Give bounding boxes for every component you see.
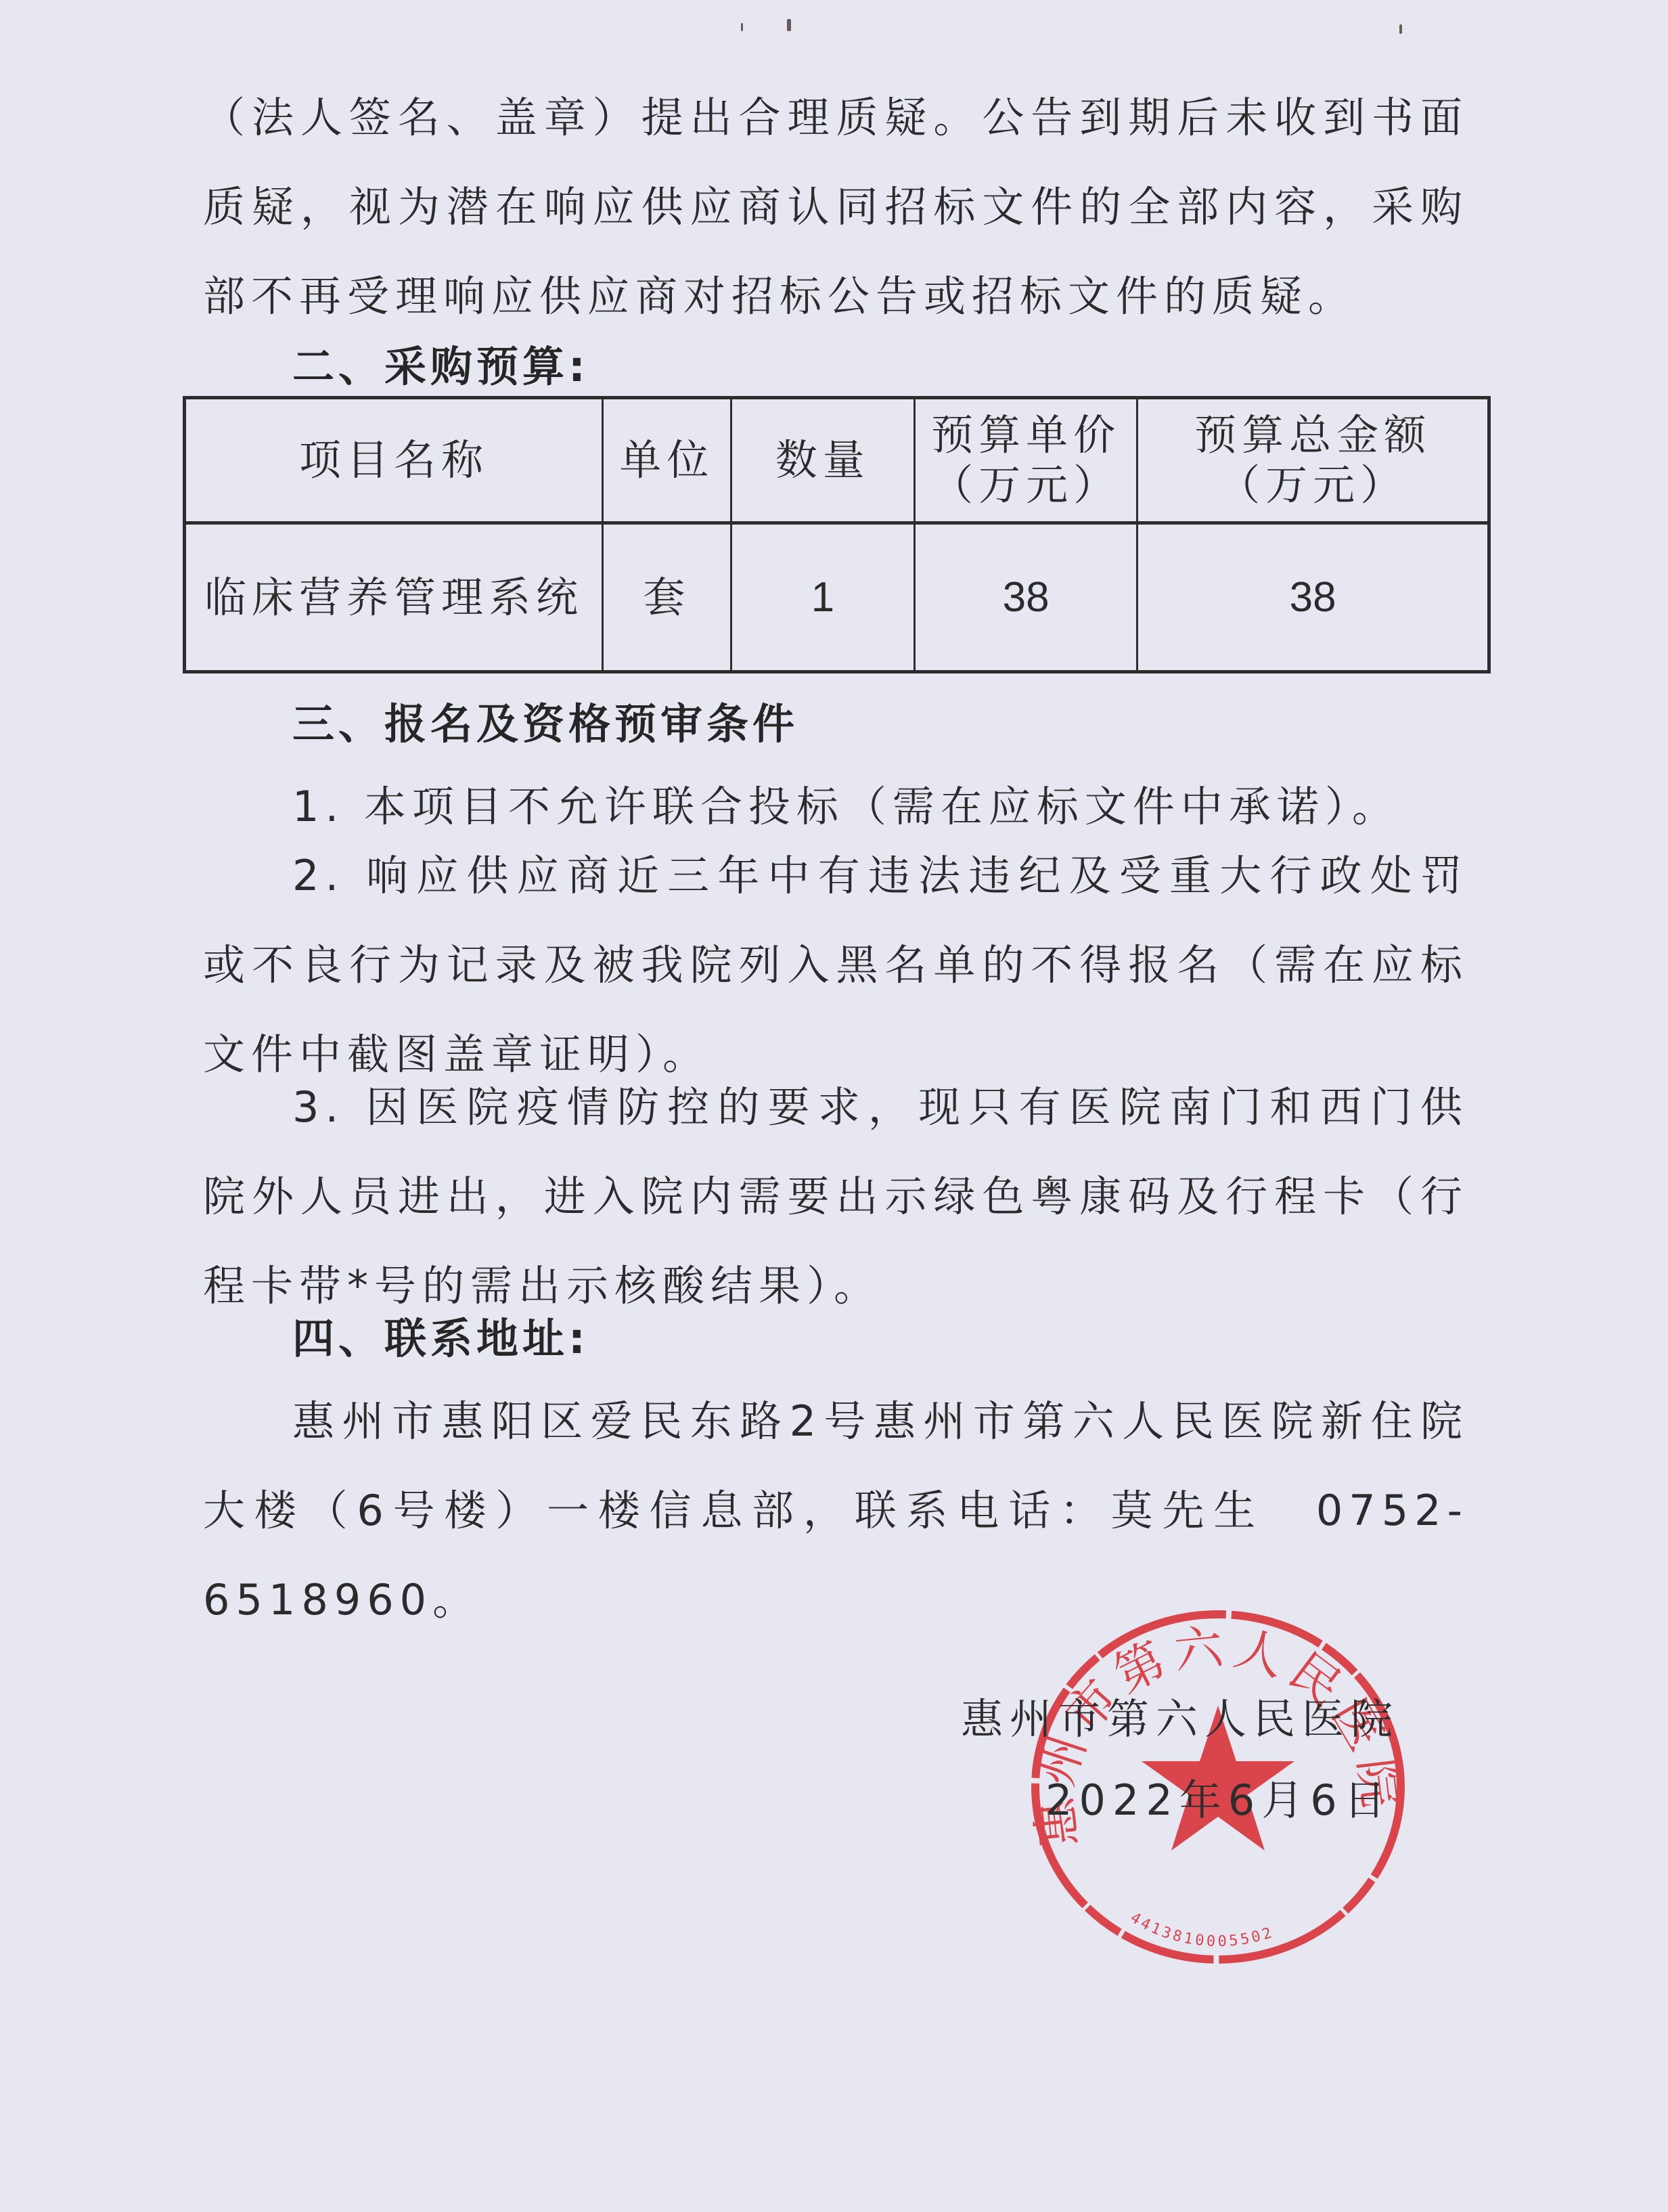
column-header-item-name: 项目名称: [185, 398, 603, 523]
document-page: （法人签名、盖章）提出合理质疑。公告到期后未收到书面质疑，视为潜在响应供应商认同…: [0, 0, 1668, 2212]
column-header-quantity: 数量: [731, 398, 914, 523]
cell-unit: 套: [603, 523, 731, 672]
section-heading-contact: 四、联系地址:: [292, 1312, 589, 1366]
cell-total: 38: [1137, 523, 1489, 672]
scan-speck: [787, 19, 791, 31]
signature-date: 2022年6月6日: [961, 1760, 1399, 1841]
budget-table: 项目名称 单位 数量 预算单价 （万元） 预算总金额 （万元） 临床营养管理系统…: [183, 396, 1491, 673]
table-header-row: 项目名称 单位 数量 预算单价 （万元） 预算总金额 （万元）: [185, 398, 1489, 523]
table-row: 临床营养管理系统 套 1 38 38: [185, 523, 1489, 672]
cell-unit-price: 38: [914, 523, 1137, 672]
qualification-item-3: 3. 因医院疫情防控的要求，现只有医院南门和西门供院外人员进出，进入院内需要出示…: [203, 1063, 1468, 1331]
section-heading-qualification: 三、报名及资格预审条件: [292, 697, 798, 751]
intro-paragraph: （法人签名、盖章）提出合理质疑。公告到期后未收到书面质疑，视为潜在响应供应商认同…: [203, 73, 1468, 341]
signature-block: 惠州市第六人民医院 2022年6月6日: [961, 1679, 1399, 1841]
column-header-unit: 单位: [603, 398, 731, 523]
signature-organization: 惠州市第六人民医院: [961, 1679, 1399, 1760]
scan-speck: [1399, 24, 1402, 34]
cell-item-name: 临床营养管理系统: [185, 523, 603, 672]
column-header-unit-price: 预算单价 （万元）: [914, 398, 1137, 523]
qualification-item-2: 2. 响应供应商近三年中有违法违纪及受重大行政处罚或不良行为记录及被我院列入黑名…: [203, 831, 1468, 1099]
section-heading-budget: 二、采购预算:: [292, 340, 589, 394]
scan-speck: [741, 23, 743, 31]
column-header-total: 预算总金额 （万元）: [1137, 398, 1489, 523]
cell-quantity: 1: [731, 523, 914, 672]
